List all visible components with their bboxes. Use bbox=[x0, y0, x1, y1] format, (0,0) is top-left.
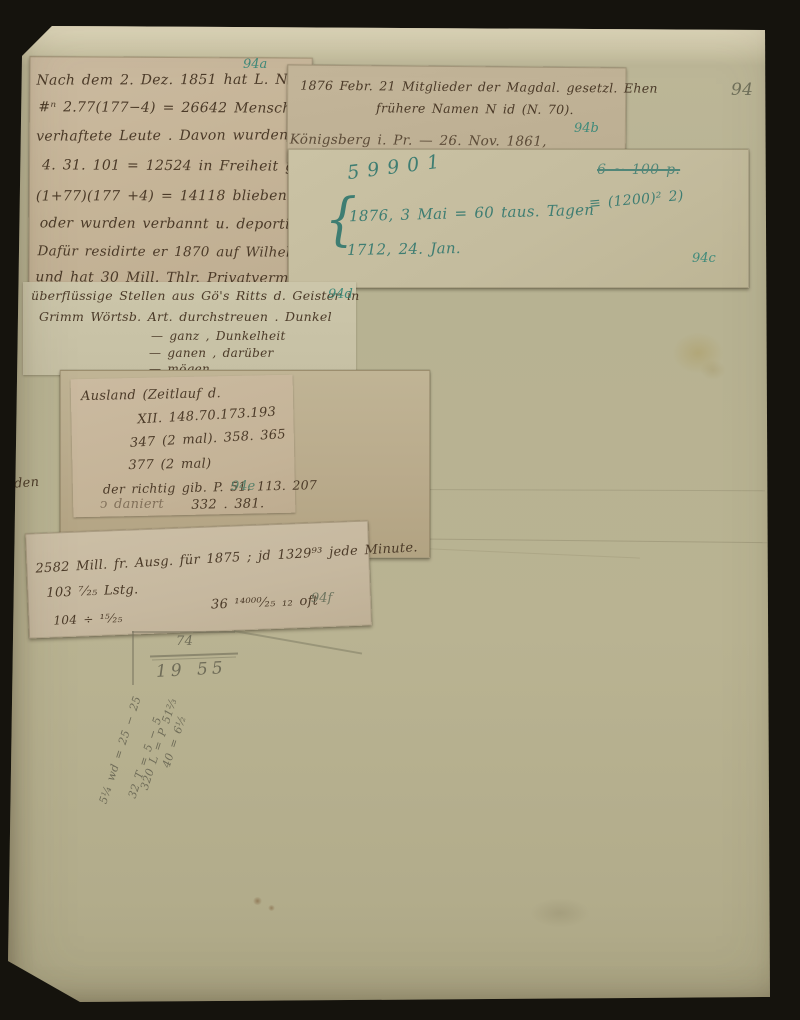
page-edge-shading bbox=[0, 0, 800, 1020]
manuscript-page: Nach dem 2. Dez. 1851 hat L. Napoleon #ⁿ… bbox=[0, 0, 800, 1020]
scanned-manuscript-photo: Nach dem 2. Dez. 1851 hat L. Napoleon #ⁿ… bbox=[0, 0, 800, 1020]
